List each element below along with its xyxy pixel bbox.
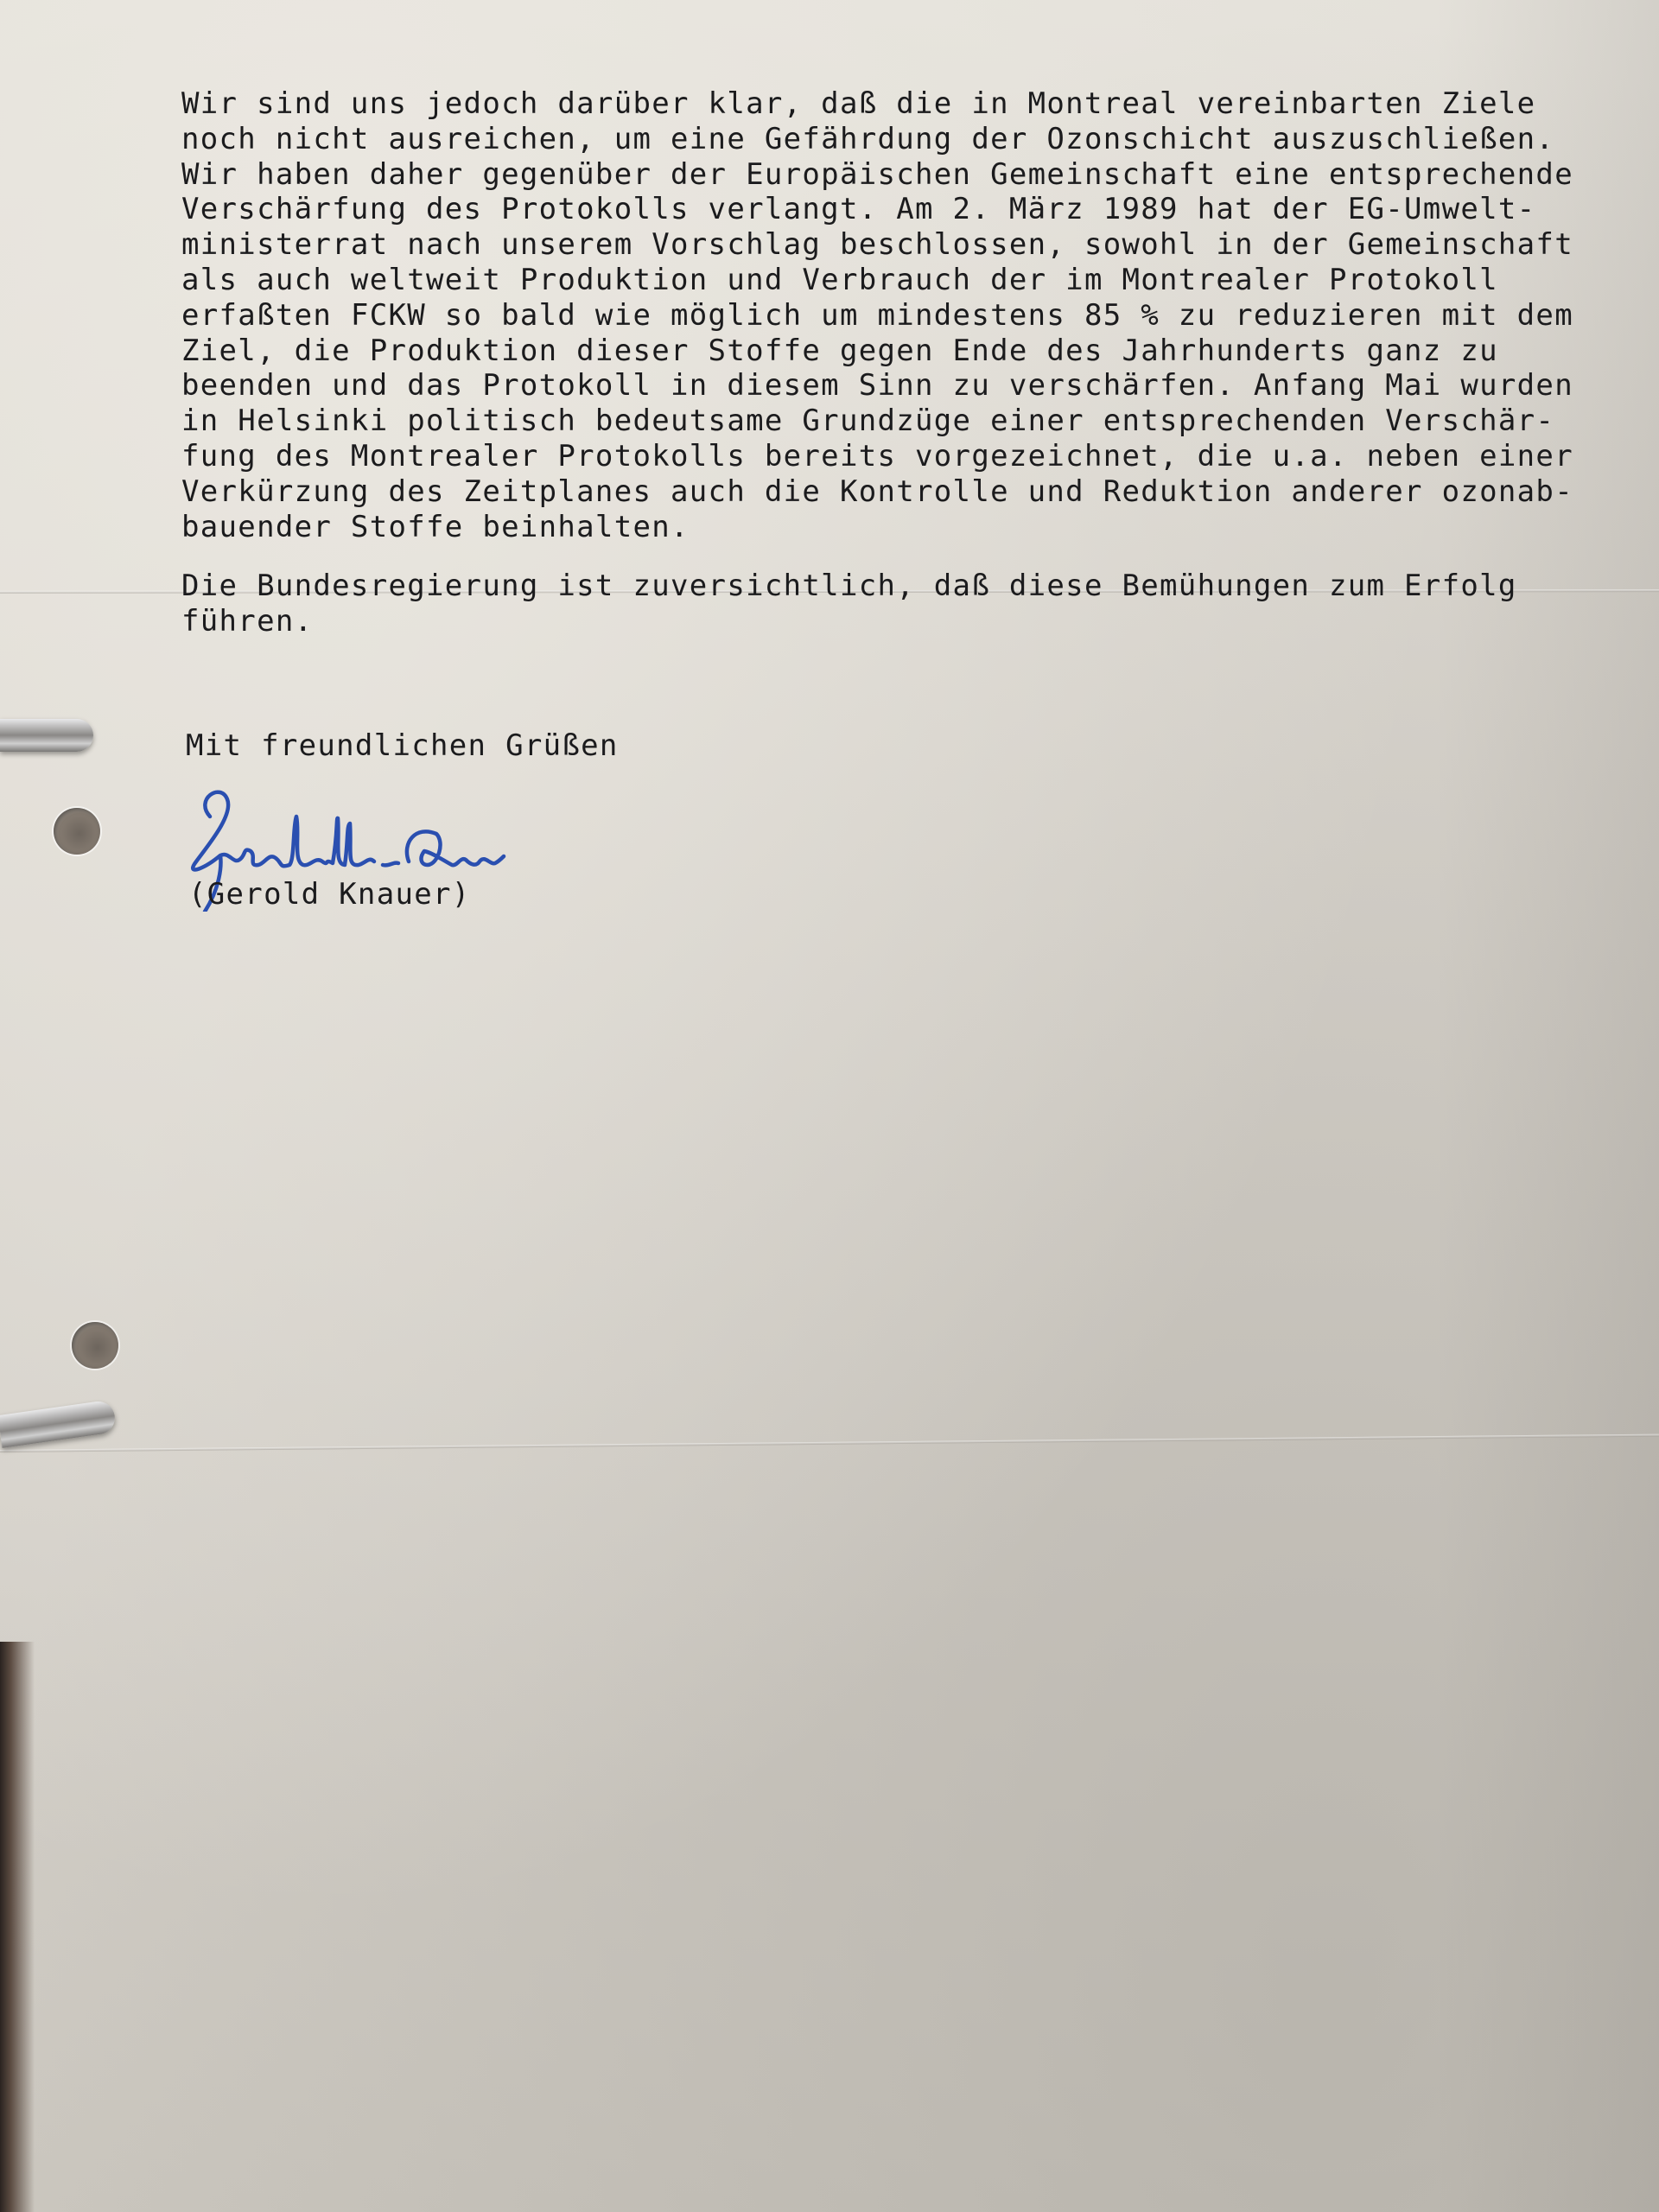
- text-line: Ziel, die Produktion dieser Stoffe gegen…: [181, 334, 1547, 369]
- signer-name: (Gerold Knauer): [188, 877, 471, 912]
- text-line: führen.: [181, 604, 1547, 639]
- text-line: als auch weltweit Produktion und Verbrau…: [181, 263, 1547, 298]
- text-line: Die Bundesregierung ist zuversichtlich, …: [181, 569, 1547, 604]
- punch-hole-icon: [54, 808, 100, 855]
- text-line: Wir haben daher gegenüber der Europäisch…: [181, 157, 1547, 193]
- text-line: in Helsinki politisch bedeutsame Grundzü…: [181, 404, 1547, 439]
- text-line: fung des Montrealer Protokolls bereits v…: [181, 439, 1547, 474]
- paper-sheet: Wir sind uns jedoch darüber klar, daß di…: [0, 0, 1659, 2212]
- paragraph-2: Die Bundesregierung ist zuversichtlich, …: [181, 569, 1547, 639]
- binder-edge: [0, 1642, 35, 2212]
- text-line: Verschärfung des Protokolls verlangt. Am…: [181, 192, 1547, 227]
- binder-ring-icon: [0, 1400, 117, 1448]
- text-line: ministerrat nach unserem Vorschlag besch…: [181, 227, 1547, 263]
- paragraph-1: Wir sind uns jedoch darüber klar, daß di…: [181, 86, 1547, 544]
- punch-hole-icon: [72, 1322, 118, 1369]
- letter-body: Wir sind uns jedoch darüber klar, daß di…: [181, 86, 1547, 639]
- text-line: Verkürzung des Zeitplanes auch die Kontr…: [181, 474, 1547, 510]
- text-line: noch nicht ausreichen, um eine Gefährdun…: [181, 122, 1547, 157]
- closing-salutation: Mit freundlichen Grüßen: [186, 728, 619, 763]
- paper-fold-line: [0, 1434, 1659, 1452]
- binder-ring-icon: [0, 719, 93, 752]
- text-line: bauender Stoffe beinhalten.: [181, 510, 1547, 545]
- text-line: beenden und das Protokoll in diesem Sinn…: [181, 368, 1547, 404]
- text-line: erfaßten FCKW so bald wie möglich um min…: [181, 298, 1547, 334]
- text-line: Wir sind uns jedoch darüber klar, daß di…: [181, 86, 1547, 122]
